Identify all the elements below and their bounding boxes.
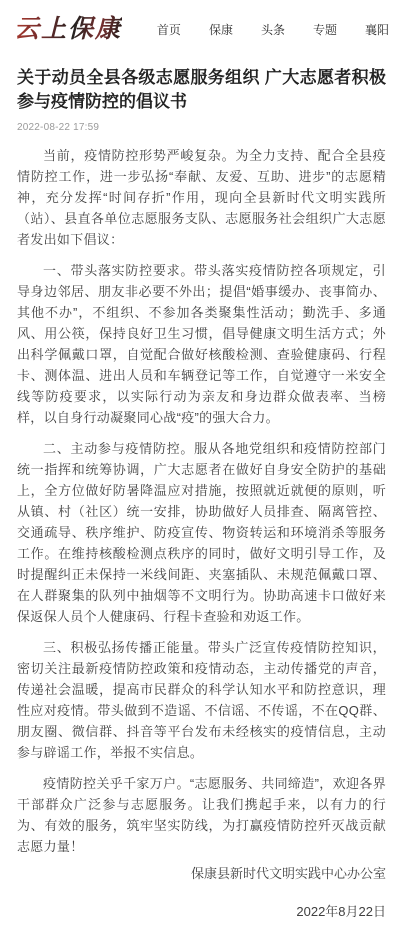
site-header: 云上保康 首页 保康 头条 专题 襄阳 [0, 0, 403, 54]
article-title: 关于动员全县各级志愿服务组织 广大志愿者积极参与疫情防控的倡议书 [17, 66, 386, 114]
top-nav: 首页 保康 头条 专题 襄阳 [157, 21, 389, 38]
publish-timestamp: 2022-08-22 17:59 [17, 122, 386, 133]
nav-item-headlines[interactable]: 头条 [261, 21, 285, 38]
paragraph-point-2: 二、主动参与疫情防控。服从各地党组织和疫情防控部门统一指挥和统筹协调，广大志愿者… [17, 438, 386, 627]
signature-block: 保康县新时代文明实践中心办公室 2022年8月22日 [17, 863, 386, 922]
nav-item-topics[interactable]: 专题 [313, 21, 337, 38]
article: 关于动员全县各级志愿服务组织 广大志愿者积极参与疫情防控的倡议书 2022-08… [0, 66, 403, 952]
site-logo[interactable]: 云上保康 [14, 14, 122, 44]
nav-item-baokang[interactable]: 保康 [209, 21, 233, 38]
nav-item-xiangyang[interactable]: 襄阳 [365, 21, 389, 38]
article-body: 当前，疫情防控形势严峻复杂。为全力支持、配合全县疫情防控工作，进一步弘扬“奉献、… [17, 145, 386, 857]
paragraph-point-3: 三、积极弘扬传播正能量。带头广泛宣传疫情防控知识，密切关注最新疫情防控政策和疫情… [17, 637, 386, 763]
paragraph-intro: 当前，疫情防控形势严峻复杂。为全力支持、配合全县疫情防控工作，进一步弘扬“奉献、… [17, 145, 386, 250]
signature-organization: 保康县新时代文明实践中心办公室 [17, 863, 386, 884]
paragraph-point-1: 一、带头落实防控要求。带头落实疫情防控各项规定，引导身边邻居、朋友非必要不外出；… [17, 260, 386, 428]
paragraph-closing: 疫情防控关乎千家万户。“志愿服务、共同缔造”，欢迎各界干部群众广泛参与志愿服务。… [17, 773, 386, 857]
signature-date: 2022年8月22日 [17, 901, 386, 922]
nav-item-home[interactable]: 首页 [157, 21, 181, 38]
